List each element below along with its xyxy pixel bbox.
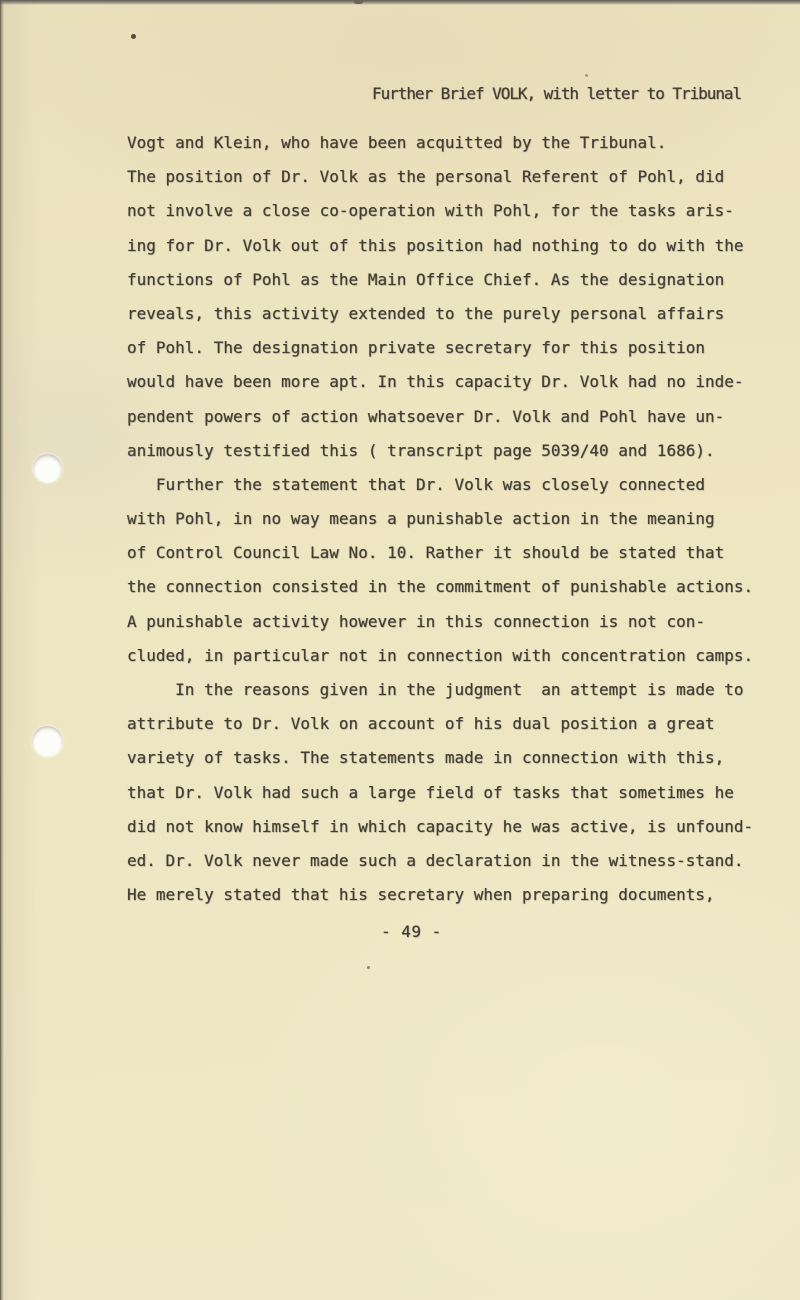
text-line: cluded, in particular not in connection … bbox=[127, 639, 753, 673]
text-line: ing for Dr. Volk out of this position ha… bbox=[127, 229, 753, 263]
scanned-document-page: Further Brief VOLK, with letter to Tribu… bbox=[0, 0, 800, 1300]
text-line: that Dr. Volk had such a large field of … bbox=[127, 776, 753, 810]
text-line: Vogt and Klein, who have been acquitted … bbox=[127, 126, 753, 160]
text-line: would have been more apt. In this capaci… bbox=[127, 365, 753, 399]
punch-hole-top bbox=[33, 454, 62, 483]
text-line: Further the statement that Dr. Volk was … bbox=[127, 468, 753, 502]
text-line: of Pohl. The designation private secreta… bbox=[127, 331, 753, 365]
text-line: pendent powers of action whatsoever Dr. … bbox=[127, 400, 753, 434]
paper-speck bbox=[354, 0, 363, 4]
paper-speck bbox=[585, 74, 588, 77]
text-line: did not know himself in which capacity h… bbox=[127, 810, 753, 844]
text-line: The position of Dr. Volk as the personal… bbox=[127, 160, 753, 194]
punch-hole-bottom bbox=[32, 726, 63, 757]
text-line: the connection consisted in the commitme… bbox=[127, 570, 753, 604]
text-line: ed. Dr. Volk never made such a declarati… bbox=[127, 844, 753, 878]
text-line: reveals, this activity extended to the p… bbox=[127, 297, 753, 331]
text-line: attribute to Dr. Volk on account of his … bbox=[127, 707, 753, 741]
text-line: animously testified this ( transcript pa… bbox=[127, 434, 753, 468]
page-number: - 49 - bbox=[381, 922, 442, 941]
document-body-text: Vogt and Klein, who have been acquitted … bbox=[127, 126, 753, 912]
scan-edge-top bbox=[0, 0, 800, 5]
text-line: of Control Council Law No. 10. Rather it… bbox=[127, 536, 753, 570]
text-line: with Pohl, in no way means a punishable … bbox=[127, 502, 753, 536]
text-line: He merely stated that his secretary when… bbox=[127, 878, 753, 912]
scan-edge-left bbox=[0, 0, 4, 1300]
text-line: In the reasons given in the judgment an … bbox=[127, 673, 753, 707]
text-line: variety of tasks. The statements made in… bbox=[127, 741, 753, 775]
text-line: A punishable activity however in this co… bbox=[127, 605, 753, 639]
paper-speck bbox=[367, 966, 370, 969]
document-header: Further Brief VOLK, with letter to Tribu… bbox=[372, 84, 741, 103]
text-line: functions of Pohl as the Main Office Chi… bbox=[127, 263, 753, 297]
paper-speck bbox=[131, 34, 136, 39]
text-line: not involve a close co-operation with Po… bbox=[127, 194, 753, 228]
